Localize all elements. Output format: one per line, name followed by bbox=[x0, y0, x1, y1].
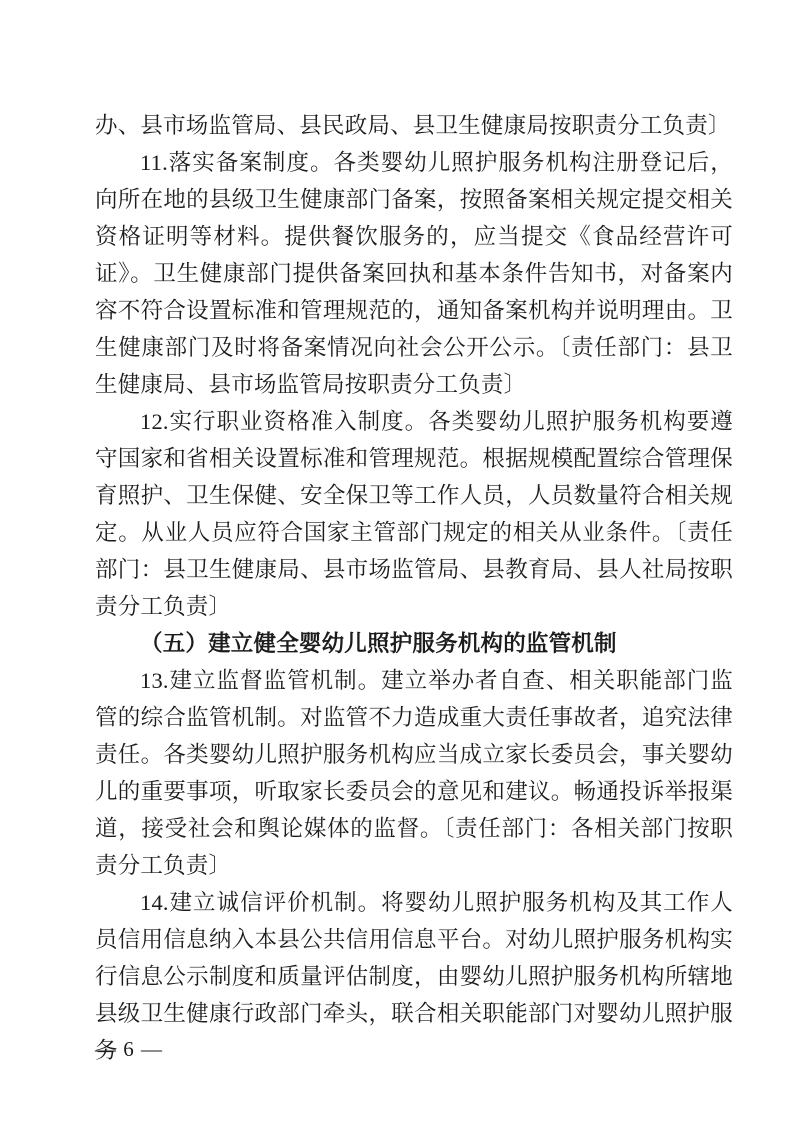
paragraph: 12.实行职业资格准入制度。各类婴幼儿照护服务机构要遵守国家和省相关设置标准和管… bbox=[95, 403, 733, 625]
paragraph: 13.建立监督监管机制。建立举办者自查、相关职能部门监管的综合监管机制。对监管不… bbox=[95, 662, 733, 884]
document-page: 办、县市场监管局、县民政局、县卫生健康局按职责分工负责〕11.落实备案制度。各类… bbox=[0, 0, 793, 1122]
page-number: — 6 — bbox=[95, 1036, 163, 1062]
paragraph: 办、县市场监管局、县民政局、县卫生健康局按职责分工负责〕 bbox=[95, 107, 733, 144]
paragraph: 14.建立诚信评价机制。将婴幼儿照护服务机构及其工作人员信用信息纳入本县公共信用… bbox=[95, 884, 733, 1069]
paragraph: 11.落实备案制度。各类婴幼儿照护服务机构注册登记后，向所在地的县级卫生健康部门… bbox=[95, 144, 733, 403]
document-body: 办、县市场监管局、县民政局、县卫生健康局按职责分工负责〕11.落实备案制度。各类… bbox=[95, 107, 733, 1069]
section-heading: （五）建立健全婴幼儿照护服务机构的监管机制 bbox=[95, 625, 733, 662]
